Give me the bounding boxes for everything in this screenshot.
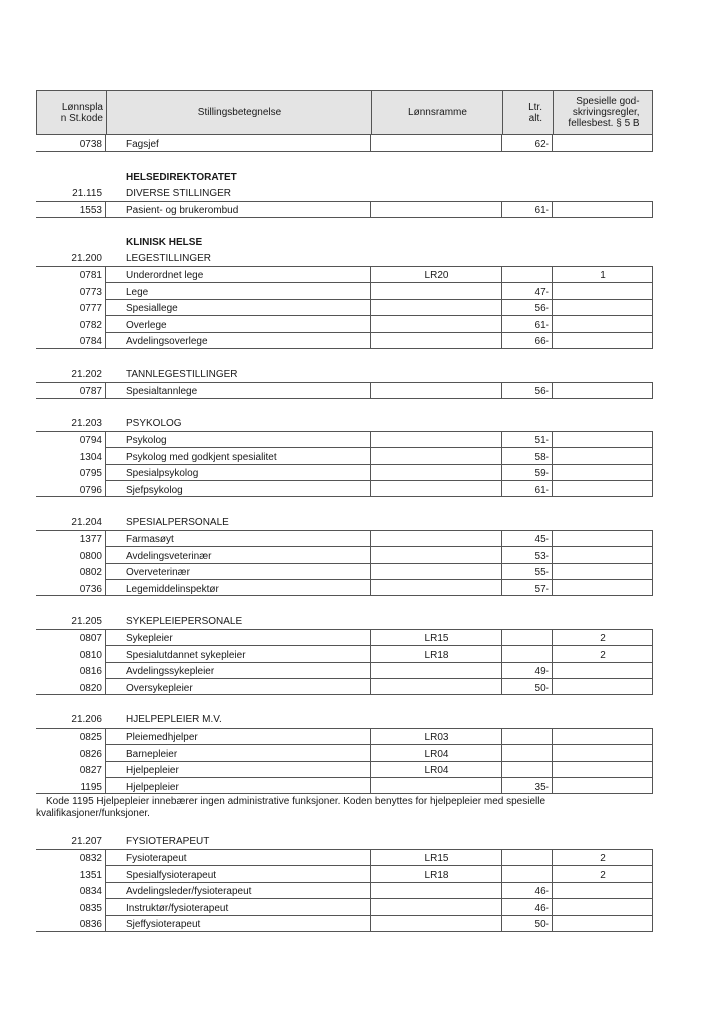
salary-range xyxy=(371,530,502,547)
salary-step: 66- xyxy=(502,332,549,349)
position-code: 0784 xyxy=(36,332,102,349)
position-code: 0834 xyxy=(36,882,102,899)
position-code: 1351 xyxy=(36,866,102,883)
section-number: 21.207 xyxy=(36,836,102,847)
table-row: 0826BarnepleierLR04 xyxy=(36,745,653,762)
header-title: Stillingsbetegnelse xyxy=(107,91,372,134)
position-title: Spesialpsykolog xyxy=(126,464,198,481)
position-title: Farmasøyt xyxy=(126,530,174,547)
salary-step: 61- xyxy=(502,201,549,218)
position-table: 0794Psykolog51-1304Psykolog med godkjent… xyxy=(36,431,653,497)
position-code: 0826 xyxy=(36,745,102,762)
position-title: Hjelpepleier xyxy=(126,778,179,795)
position-code: 0781 xyxy=(36,266,102,283)
section-number: 21.202 xyxy=(36,369,102,380)
header-title-text: Stillingsbetegnelse xyxy=(198,107,281,118)
special-rule xyxy=(553,563,653,580)
salary-step: 55- xyxy=(502,563,549,580)
special-rule xyxy=(553,728,653,745)
position-code: 0820 xyxy=(36,679,102,696)
special-rule xyxy=(553,201,653,218)
salary-step: 56- xyxy=(502,299,549,316)
salary-step: 46- xyxy=(502,882,549,899)
salary-range xyxy=(371,283,502,300)
position-code: 0787 xyxy=(36,382,102,399)
position-table: 0825PleiemedhjelperLR030826BarnepleierLR… xyxy=(36,728,653,794)
salary-range xyxy=(371,431,502,448)
table-row: 0777Spesiallege56- xyxy=(36,299,653,316)
position-code: 0736 xyxy=(36,580,102,597)
table-row: 0784Avdelingsoverlege66- xyxy=(36,332,653,349)
header-code: Lønnsplan St.kode xyxy=(37,91,107,134)
position-code: 0794 xyxy=(36,431,102,448)
salary-range xyxy=(371,882,502,899)
salary-range: LR04 xyxy=(371,761,502,778)
salary-step: 61- xyxy=(502,316,549,333)
special-rule: 2 xyxy=(553,629,653,646)
table-row: 0836Sjeffysioterapeut50- xyxy=(36,915,653,932)
salary-range xyxy=(371,464,502,481)
table-row: 0835Instruktør/fysioterapeut46- xyxy=(36,899,653,916)
table-row: 0834Avdelingsleder/fysioterapeut46- xyxy=(36,882,653,899)
position-table: 0781Underordnet legeLR2010773Lege47-0777… xyxy=(36,266,653,349)
table-row: 1377Farmasøyt45- xyxy=(36,530,653,547)
table-row: 0787Spesialtannlege56- xyxy=(36,382,653,399)
position-title: Oversykepleier xyxy=(126,679,193,696)
table-row: 1351SpesialfysioterapeutLR182 xyxy=(36,866,653,883)
position-code: 0802 xyxy=(36,563,102,580)
salary-range xyxy=(371,915,502,932)
salary-range xyxy=(371,332,502,349)
salary-range: LR20 xyxy=(371,266,502,283)
position-title: Legemiddelinspektør xyxy=(126,580,219,597)
table-row: 0825PleiemedhjelperLR03 xyxy=(36,728,653,745)
special-rule: 2 xyxy=(553,646,653,663)
position-code: 0810 xyxy=(36,646,102,663)
salary-step xyxy=(502,849,549,866)
table-row: 1304Psykolog med godkjent spesialitet58- xyxy=(36,448,653,465)
special-rule: 1 xyxy=(553,266,653,283)
section-title: PSYKOLOG xyxy=(126,418,182,429)
table-row: 0800Avdelingsveterinær53- xyxy=(36,547,653,564)
section-title: FYSIOTERAPEUT xyxy=(126,836,209,847)
table-row: 0782Overlege61- xyxy=(36,316,653,333)
section-title: DIVERSE STILLINGER xyxy=(126,188,231,199)
position-title: Sjefpsykolog xyxy=(126,481,183,498)
position-code: 0738 xyxy=(36,135,102,152)
position-code: 0825 xyxy=(36,728,102,745)
position-table: 0807SykepleierLR1520810Spesialutdannet s… xyxy=(36,629,653,695)
table-row: 0796Sjefpsykolog61- xyxy=(36,481,653,498)
position-code: 0832 xyxy=(36,849,102,866)
position-title: Fysioterapeut xyxy=(126,849,187,866)
section-number: 21.203 xyxy=(36,418,102,429)
position-code: 0773 xyxy=(36,283,102,300)
salary-range xyxy=(371,316,502,333)
table-row: 0827HjelpepleierLR04 xyxy=(36,761,653,778)
position-title: Hjelpepleier xyxy=(126,761,179,778)
section-title: LEGESTILLINGER xyxy=(126,253,211,264)
special-rule: 2 xyxy=(553,866,653,883)
salary-range xyxy=(371,481,502,498)
table-row: 0781Underordnet legeLR201 xyxy=(36,266,653,283)
special-rule xyxy=(553,662,653,679)
salary-range xyxy=(371,778,502,795)
salary-range: LR18 xyxy=(371,866,502,883)
salary-step: 46- xyxy=(502,899,549,916)
salary-step: 45- xyxy=(502,530,549,547)
table-row: 0795Spesialpsykolog59- xyxy=(36,464,653,481)
salary-range xyxy=(371,580,502,597)
position-title: Lege xyxy=(126,283,148,300)
position-code: 0836 xyxy=(36,915,102,932)
salary-range xyxy=(371,201,502,218)
header-spec-line: Spesielle god- xyxy=(568,96,639,107)
salary-step: 51- xyxy=(502,431,549,448)
table-row: 0802Overveterinær55- xyxy=(36,563,653,580)
position-code: 0796 xyxy=(36,481,102,498)
note-line: kvalifikasjoner/funksjoner. xyxy=(36,808,656,820)
salary-range xyxy=(371,382,502,399)
position-code: 1553 xyxy=(36,201,102,218)
salary-step xyxy=(502,646,549,663)
section-heading: HELSEDIREKTORATET xyxy=(126,172,237,183)
special-rule xyxy=(553,448,653,465)
salary-range xyxy=(371,547,502,564)
position-title: Instruktør/fysioterapeut xyxy=(126,899,228,916)
special-rule xyxy=(553,745,653,762)
table-header: Lønnsplan St.kode Stillingsbetegnelse Lø… xyxy=(36,90,653,135)
salary-step: 50- xyxy=(502,915,549,932)
table-row: 0832FysioterapeutLR152 xyxy=(36,849,653,866)
position-title: Spesialutdannet sykepleier xyxy=(126,646,246,663)
position-title: Spesialtannlege xyxy=(126,382,197,399)
table-row: 0810Spesialutdannet sykepleierLR182 xyxy=(36,646,653,663)
position-title: Psykolog xyxy=(126,431,167,448)
position-title: Pasient- og brukerombud xyxy=(126,201,238,218)
section-number: 21.204 xyxy=(36,517,102,528)
salary-range xyxy=(371,299,502,316)
table-row: 0736Legemiddelinspektør57- xyxy=(36,580,653,597)
position-title: Overveterinær xyxy=(126,563,190,580)
salary-step: 53- xyxy=(502,547,549,564)
header-ramme: Lønnsramme xyxy=(372,91,503,134)
position-title: Underordnet lege xyxy=(126,266,203,283)
special-rule xyxy=(553,481,653,498)
salary-range xyxy=(371,563,502,580)
salary-range: LR15 xyxy=(371,849,502,866)
position-title: Sykepleier xyxy=(126,629,173,646)
position-title: Barnepleier xyxy=(126,745,177,762)
position-title: Avdelingsveterinær xyxy=(126,547,211,564)
salary-step: 62- xyxy=(502,135,549,152)
position-table: 1553Pasient- og brukerombud61- xyxy=(36,201,653,218)
table-row: 0794Psykolog51- xyxy=(36,431,653,448)
position-code: 0835 xyxy=(36,899,102,916)
position-code: 0795 xyxy=(36,464,102,481)
position-title: Overlege xyxy=(126,316,167,333)
salary-step xyxy=(502,866,549,883)
special-rule xyxy=(553,464,653,481)
salary-step: 47- xyxy=(502,283,549,300)
header-ltr-line: alt. xyxy=(528,113,542,124)
position-code: 0816 xyxy=(36,662,102,679)
salary-step xyxy=(502,266,549,283)
position-title: Sjeffysioterapeut xyxy=(126,915,200,932)
position-code: 0807 xyxy=(36,629,102,646)
table-row: 1195Hjelpepleier35- xyxy=(36,778,653,795)
salary-step: 49- xyxy=(502,662,549,679)
position-title: Avdelingsoverlege xyxy=(126,332,208,349)
position-table: 0787Spesialtannlege56- xyxy=(36,382,653,399)
position-code: 0827 xyxy=(36,761,102,778)
table-row: 0807SykepleierLR152 xyxy=(36,629,653,646)
salary-step xyxy=(502,761,549,778)
section-title: TANNLEGESTILLINGER xyxy=(126,369,238,380)
table-row: 1553Pasient- og brukerombud61- xyxy=(36,201,653,218)
special-rule xyxy=(553,761,653,778)
special-rule xyxy=(553,135,653,152)
salary-range xyxy=(371,135,502,152)
note-line: Kode 1195 Hjelpepleier innebærer ingen a… xyxy=(36,796,656,808)
salary-range: LR18 xyxy=(371,646,502,663)
position-title: Pleiemedhjelper xyxy=(126,728,198,745)
position-title: Avdelingssykepleier xyxy=(126,662,214,679)
position-code: 0782 xyxy=(36,316,102,333)
special-rule xyxy=(553,299,653,316)
special-rule xyxy=(553,547,653,564)
salary-step: 35- xyxy=(502,778,549,795)
special-rule xyxy=(553,530,653,547)
salary-step xyxy=(502,728,549,745)
position-title: Spesialfysioterapeut xyxy=(126,866,216,883)
position-code: 0800 xyxy=(36,547,102,564)
special-rule xyxy=(553,283,653,300)
salary-step: 56- xyxy=(502,382,549,399)
position-code: 1195 xyxy=(36,778,102,795)
position-table: 1377Farmasøyt45-0800Avdelingsveterinær53… xyxy=(36,530,653,596)
special-rule: 2 xyxy=(553,849,653,866)
salary-step: 59- xyxy=(502,464,549,481)
special-rule xyxy=(553,431,653,448)
salary-range xyxy=(371,448,502,465)
salary-step xyxy=(502,745,549,762)
position-code: 1304 xyxy=(36,448,102,465)
position-code: 0777 xyxy=(36,299,102,316)
salary-range: LR04 xyxy=(371,745,502,762)
position-table: 0738Fagsjef62- xyxy=(36,135,653,152)
salary-range xyxy=(371,899,502,916)
salary-step: 57- xyxy=(502,580,549,597)
header-spec-line: skrivingsregler, xyxy=(568,107,639,118)
special-rule xyxy=(553,882,653,899)
salary-step: 58- xyxy=(502,448,549,465)
position-title: Spesiallege xyxy=(126,299,178,316)
section-note: Kode 1195 Hjelpepleier innebærer ingen a… xyxy=(36,796,656,820)
position-title: Fagsjef xyxy=(126,135,159,152)
position-code: 1377 xyxy=(36,530,102,547)
special-rule xyxy=(553,316,653,333)
section-title: SYKEPLEIEPERSONALE xyxy=(126,616,242,627)
special-rule xyxy=(553,679,653,696)
special-rule xyxy=(553,332,653,349)
position-table: 0832FysioterapeutLR1521351Spesialfysiote… xyxy=(36,849,653,932)
position-title: Psykolog med godkjent spesialitet xyxy=(126,448,277,465)
salary-range xyxy=(371,662,502,679)
special-rule xyxy=(553,580,653,597)
position-title: Avdelingsleder/fysioterapeut xyxy=(126,882,251,899)
header-spec-line: fellesbest. § 5 B xyxy=(568,118,639,129)
header-ltr: Ltr.alt. xyxy=(503,91,554,134)
salary-range: LR15 xyxy=(371,629,502,646)
special-rule xyxy=(553,899,653,916)
salary-range: LR03 xyxy=(371,728,502,745)
section-heading: KLINISK HELSE xyxy=(126,237,202,248)
salary-step xyxy=(502,629,549,646)
section-title: HJELPEPLEIER M.V. xyxy=(126,714,222,725)
header-spec: Spesielle god-skrivingsregler,fellesbest… xyxy=(554,91,654,134)
table-row: 0820Oversykepleier50- xyxy=(36,679,653,696)
header-code-line: n St.kode xyxy=(61,113,103,124)
table-row: 0738Fagsjef62- xyxy=(36,135,653,152)
special-rule xyxy=(553,778,653,795)
salary-step: 61- xyxy=(502,481,549,498)
section-number: 21.205 xyxy=(36,616,102,627)
section-title: SPESIALPERSONALE xyxy=(126,517,229,528)
section-number: 21.200 xyxy=(36,253,102,264)
table-row: 0816Avdelingssykepleier49- xyxy=(36,662,653,679)
salary-step: 50- xyxy=(502,679,549,696)
special-rule xyxy=(553,915,653,932)
header-ramme-text: Lønnsramme xyxy=(408,107,467,118)
header-code-line: Lønnspla xyxy=(61,102,103,113)
section-number: 21.206 xyxy=(36,714,102,725)
special-rule xyxy=(553,382,653,399)
table-row: 0773Lege47- xyxy=(36,283,653,300)
section-number: 21.115 xyxy=(36,188,102,199)
salary-range xyxy=(371,679,502,696)
header-ltr-line: Ltr. xyxy=(528,102,542,113)
